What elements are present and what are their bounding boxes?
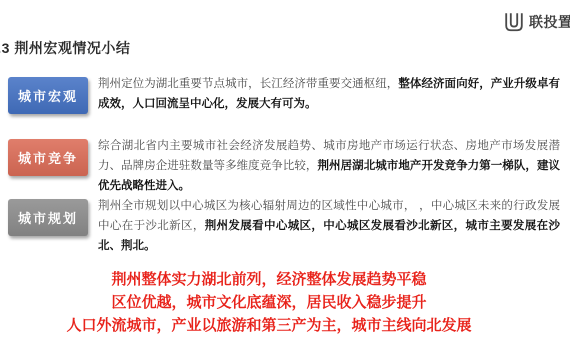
section-row-competition: 城市竞争 综合湖北省内主要城市社会经济发展趋势、城市房地产市场运行状态、房地产市… (8, 136, 562, 196)
u-bracket-logo-icon (503, 11, 525, 33)
section-row-planning: 城市规划 荆州全市规划以中心城区为核心辐射周边的区域性中心城市， ，中心城区未来… (8, 196, 562, 256)
section-text-macro: 荆州定位为湖北重要节点城市，长江经济带重要交通枢纽，整体经济面向好，产业升级卓有… (98, 74, 560, 114)
slide: 1.3 荆州宏观情况小结 联投置业 城市宏观 荆州定位为湖北重要节点城市，长江经… (0, 0, 570, 360)
section-tag-macro: 城市宏观 (8, 77, 88, 114)
company-logo: 联投置业 (503, 11, 570, 33)
summary-block: 荆州整体实力湖北前列，经济整体发展趋势平稳 区位优越，城市文化底蕴深，居民收入稳… (0, 268, 538, 337)
summary-line-2: 区位优越，城市文化底蕴深，居民收入稳步提升 (0, 291, 538, 314)
logo-text: 联投置业 (529, 12, 570, 32)
macro-text-normal: 荆州定位为湖北重要节点城市，长江经济带重要交通枢纽， (98, 78, 398, 90)
page-title: 1.3 荆州宏观情况小结 (0, 38, 130, 58)
section-text-planning: 荆州全市规划以中心城区为核心辐射周边的区域性中心城市， ，中心城区未来的行政发展… (98, 196, 560, 256)
section-row-macro: 城市宏观 荆州定位为湖北重要节点城市，长江经济带重要交通枢纽，整体经济面向好，产… (8, 74, 562, 114)
section-tag-planning: 城市规划 (8, 199, 88, 236)
summary-line-3: 人口外流城市，产业以旅游和第三产为主，城市主线向北发展 (0, 314, 538, 337)
section-tag-competition: 城市竞争 (8, 139, 88, 176)
summary-line-1: 荆州整体实力湖北前列，经济整体发展趋势平稳 (0, 268, 538, 291)
section-text-competition: 综合湖北省内主要城市社会经济发展趋势、城市房地产市场运行状态、房地产市场发展潜力… (98, 136, 560, 196)
